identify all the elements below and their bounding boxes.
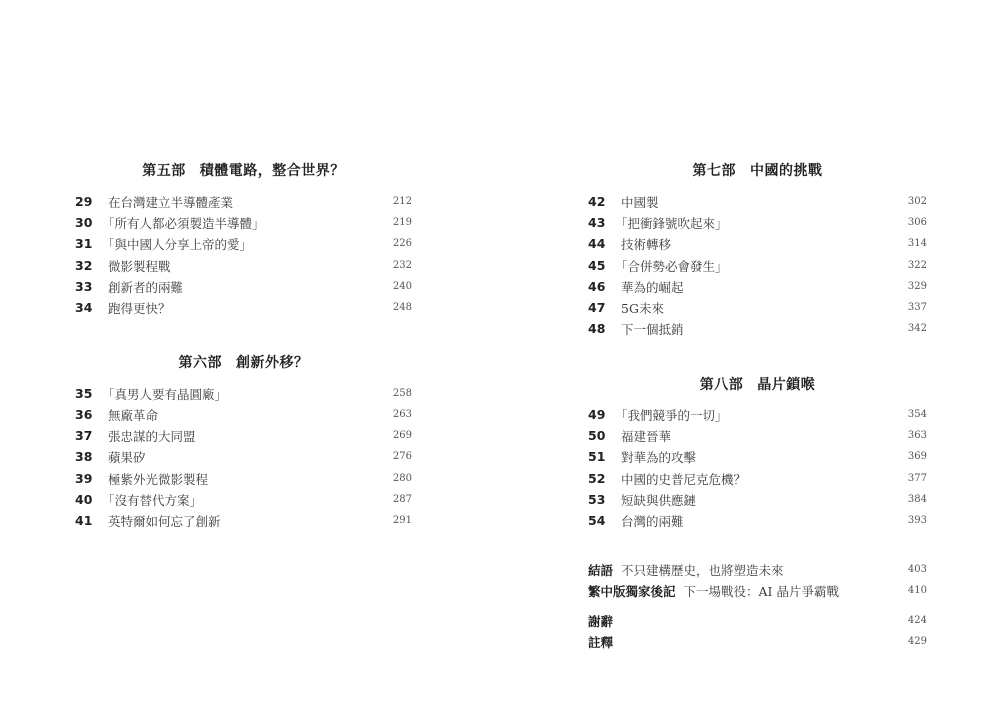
toc-entry[interactable]: 51對華為的攻擊369 bbox=[588, 446, 927, 467]
toc-entry[interactable]: 40「沒有替代方案」287 bbox=[75, 489, 412, 510]
chapter-number: 33 bbox=[75, 279, 108, 294]
part-name: 晶片鎖喉 bbox=[757, 377, 815, 393]
chapter-title: 「真男人要有晶圓廠」 bbox=[102, 385, 382, 403]
chapter-title: 中國的史普尼克危機？ bbox=[621, 470, 897, 488]
chapter-title: 「我們競爭的一切」 bbox=[615, 406, 897, 424]
toc-entry[interactable]: 45「合併勢必會發生」322 bbox=[588, 255, 927, 276]
toc-entry[interactable]: 39極紫外光微影製程280 bbox=[75, 468, 412, 489]
page-number: 302 bbox=[897, 196, 927, 207]
chapter-number: 37 bbox=[75, 428, 108, 443]
chapter-title: 「合併勢必會發生」 bbox=[615, 257, 897, 275]
toc-entry[interactable]: 46華為的崛起329 bbox=[588, 276, 927, 297]
page-number: 354 bbox=[897, 409, 927, 420]
part-title: 第八部晶片鎖喉 bbox=[588, 374, 927, 394]
part-label: 第五部 bbox=[142, 163, 186, 179]
chapter-title: 在台灣建立半導體產業 bbox=[108, 193, 382, 211]
chapter-number: 54 bbox=[588, 513, 621, 528]
chapter-title: 創新者的兩難 bbox=[108, 278, 382, 296]
chapter-title: 「與中國人分享上帝的愛」 bbox=[102, 235, 382, 253]
part-label: 第六部 bbox=[179, 355, 223, 371]
chapter-title: 「把衝鋒號吹起來」 bbox=[615, 214, 897, 232]
chapter-title: 台灣的兩難 bbox=[621, 512, 897, 530]
chapter-title: 福建晉華 bbox=[621, 427, 897, 445]
chapter-number: 42 bbox=[588, 194, 621, 209]
page-number: 337 bbox=[897, 302, 927, 313]
page-number: 219 bbox=[382, 217, 412, 228]
chapter-title: 「所有人都必須製造半導體」 bbox=[102, 214, 382, 232]
chapter-number: 39 bbox=[75, 471, 108, 486]
toc-entry[interactable]: 35「真男人要有晶圓廠」258 bbox=[75, 383, 412, 404]
page-number: 403 bbox=[897, 564, 927, 575]
chapter-title: 華為的崛起 bbox=[621, 278, 897, 296]
page-number: 342 bbox=[897, 323, 927, 334]
toc-entry[interactable]: 41英特爾如何忘了創新291 bbox=[75, 510, 412, 531]
page-number: 240 bbox=[382, 281, 412, 292]
part-name: 中國的挑戰 bbox=[750, 163, 823, 179]
chapter-number: 46 bbox=[588, 279, 621, 294]
chapter-number: 38 bbox=[75, 449, 108, 464]
page-number: 393 bbox=[897, 515, 927, 526]
part-name: 積體電路，整合世界？ bbox=[200, 163, 345, 179]
page-number: 280 bbox=[382, 473, 412, 484]
chapter-number: 29 bbox=[75, 194, 108, 209]
toc-entry[interactable]: 29在台灣建立半導體產業212 bbox=[75, 191, 412, 212]
part-label: 第七部 bbox=[693, 163, 737, 179]
page-number: 329 bbox=[897, 281, 927, 292]
page-number: 269 bbox=[382, 430, 412, 441]
back-matter-title: 下一場戰役：AI 晶片爭霸戰 bbox=[684, 582, 897, 600]
page-number: 424 bbox=[897, 615, 927, 626]
toc-entry[interactable]: 50福建晉華363 bbox=[588, 425, 927, 446]
toc-entry[interactable]: 31「與中國人分享上帝的愛」226 bbox=[75, 233, 412, 254]
page-number: 384 bbox=[897, 494, 927, 505]
toc-entry-notes[interactable]: 註釋429 bbox=[588, 631, 927, 652]
toc-entry[interactable]: 37張忠謀的大同盟269 bbox=[75, 425, 412, 446]
chapter-number: 36 bbox=[75, 407, 108, 422]
page-number: 429 bbox=[897, 636, 927, 647]
page-number: 322 bbox=[897, 260, 927, 271]
page-number: 377 bbox=[897, 473, 927, 484]
toc-entry[interactable]: 43「把衝鋒號吹起來」306 bbox=[588, 212, 927, 233]
page-number: 232 bbox=[382, 260, 412, 271]
part-title: 第五部積體電路，整合世界？ bbox=[75, 160, 412, 180]
chapter-title: 中國製 bbox=[621, 193, 897, 211]
toc-entry[interactable]: 49「我們競爭的一切」354 bbox=[588, 404, 927, 425]
chapter-title: 下一個抵銷 bbox=[621, 320, 897, 338]
toc-entry[interactable]: 42中國製302 bbox=[588, 191, 927, 212]
toc-entry[interactable]: 44技術轉移314 bbox=[588, 233, 927, 254]
chapter-title: 微影製程戰 bbox=[108, 257, 382, 275]
chapter-number: 50 bbox=[588, 428, 621, 443]
toc-entry[interactable]: 38蘋果矽276 bbox=[75, 446, 412, 467]
chapter-title: 極紫外光微影製程 bbox=[108, 470, 382, 488]
chapter-title: 5G未來 bbox=[621, 299, 897, 317]
chapter-title: 張忠謀的大同盟 bbox=[108, 427, 382, 445]
chapter-title: 「沒有替代方案」 bbox=[102, 491, 382, 509]
back-matter-label: 結語 bbox=[588, 561, 613, 579]
toc-entry[interactable]: 36無廠革命263 bbox=[75, 404, 412, 425]
toc-entry-epilogue[interactable]: 結語不只建構歷史，也將塑造未來403 bbox=[588, 559, 927, 580]
toc-entry-acknowledgments[interactable]: 謝辭424 bbox=[588, 610, 927, 631]
page-number: 306 bbox=[897, 217, 927, 228]
chapter-title: 對華為的攻擊 bbox=[621, 448, 897, 466]
back-matter-title: 不只建構歷史，也將塑造未來 bbox=[621, 561, 897, 579]
chapter-title: 技術轉移 bbox=[621, 235, 897, 253]
chapter-number: 41 bbox=[75, 513, 108, 528]
chapter-title: 跑得更快？ bbox=[108, 299, 382, 317]
page-number: 369 bbox=[897, 451, 927, 462]
page-number: 258 bbox=[382, 388, 412, 399]
chapter-number: 32 bbox=[75, 258, 108, 273]
chapter-number: 53 bbox=[588, 492, 621, 507]
toc-entry[interactable]: 53短缺與供應鏈384 bbox=[588, 489, 927, 510]
part-title: 第七部中國的挑戰 bbox=[588, 160, 927, 180]
toc-entry[interactable]: 52中國的史普尼克危機？377 bbox=[588, 468, 927, 489]
toc-entry[interactable]: 33創新者的兩難240 bbox=[75, 276, 412, 297]
page-number: 291 bbox=[382, 515, 412, 526]
chapter-title: 蘋果矽 bbox=[108, 448, 382, 466]
toc-entry-afterword[interactable]: 繁中版獨家後記下一場戰役：AI 晶片爭霸戰410 bbox=[588, 580, 927, 601]
chapter-title: 英特爾如何忘了創新 bbox=[108, 512, 382, 530]
chapter-number: 48 bbox=[588, 321, 621, 336]
back-matter-label: 繁中版獨家後記 bbox=[588, 582, 676, 600]
page-number: 226 bbox=[382, 238, 412, 249]
chapter-title: 無廠革命 bbox=[108, 406, 382, 424]
chapter-number: 47 bbox=[588, 300, 621, 315]
chapter-title: 短缺與供應鏈 bbox=[621, 491, 897, 509]
part-name: 創新外移？ bbox=[236, 355, 309, 371]
back-matter-label: 註釋 bbox=[588, 633, 613, 651]
toc-entry[interactable]: 475G未來337 bbox=[588, 297, 927, 318]
chapter-number: 51 bbox=[588, 449, 621, 464]
chapter-number: 52 bbox=[588, 471, 621, 486]
toc-entry[interactable]: 54台灣的兩難393 bbox=[588, 510, 927, 531]
part-title: 第六部創新外移？ bbox=[75, 352, 412, 372]
page-number: 276 bbox=[382, 451, 412, 462]
page-number: 363 bbox=[897, 430, 927, 441]
chapter-number: 44 bbox=[588, 236, 621, 251]
page-number: 212 bbox=[382, 196, 412, 207]
page-number: 248 bbox=[382, 302, 412, 313]
toc-entry[interactable]: 30「所有人都必須製造半導體」219 bbox=[75, 212, 412, 233]
page-number: 314 bbox=[897, 238, 927, 249]
chapter-number: 34 bbox=[75, 300, 108, 315]
page-number: 410 bbox=[897, 585, 927, 596]
back-matter-label: 謝辭 bbox=[588, 612, 613, 630]
toc-entry[interactable]: 32微影製程戰232 bbox=[75, 255, 412, 276]
part-label: 第八部 bbox=[700, 377, 744, 393]
page-number: 263 bbox=[382, 409, 412, 420]
toc-entry[interactable]: 48下一個抵銷342 bbox=[588, 318, 927, 339]
page-number: 287 bbox=[382, 494, 412, 505]
toc-entry[interactable]: 34跑得更快？248 bbox=[75, 297, 412, 318]
